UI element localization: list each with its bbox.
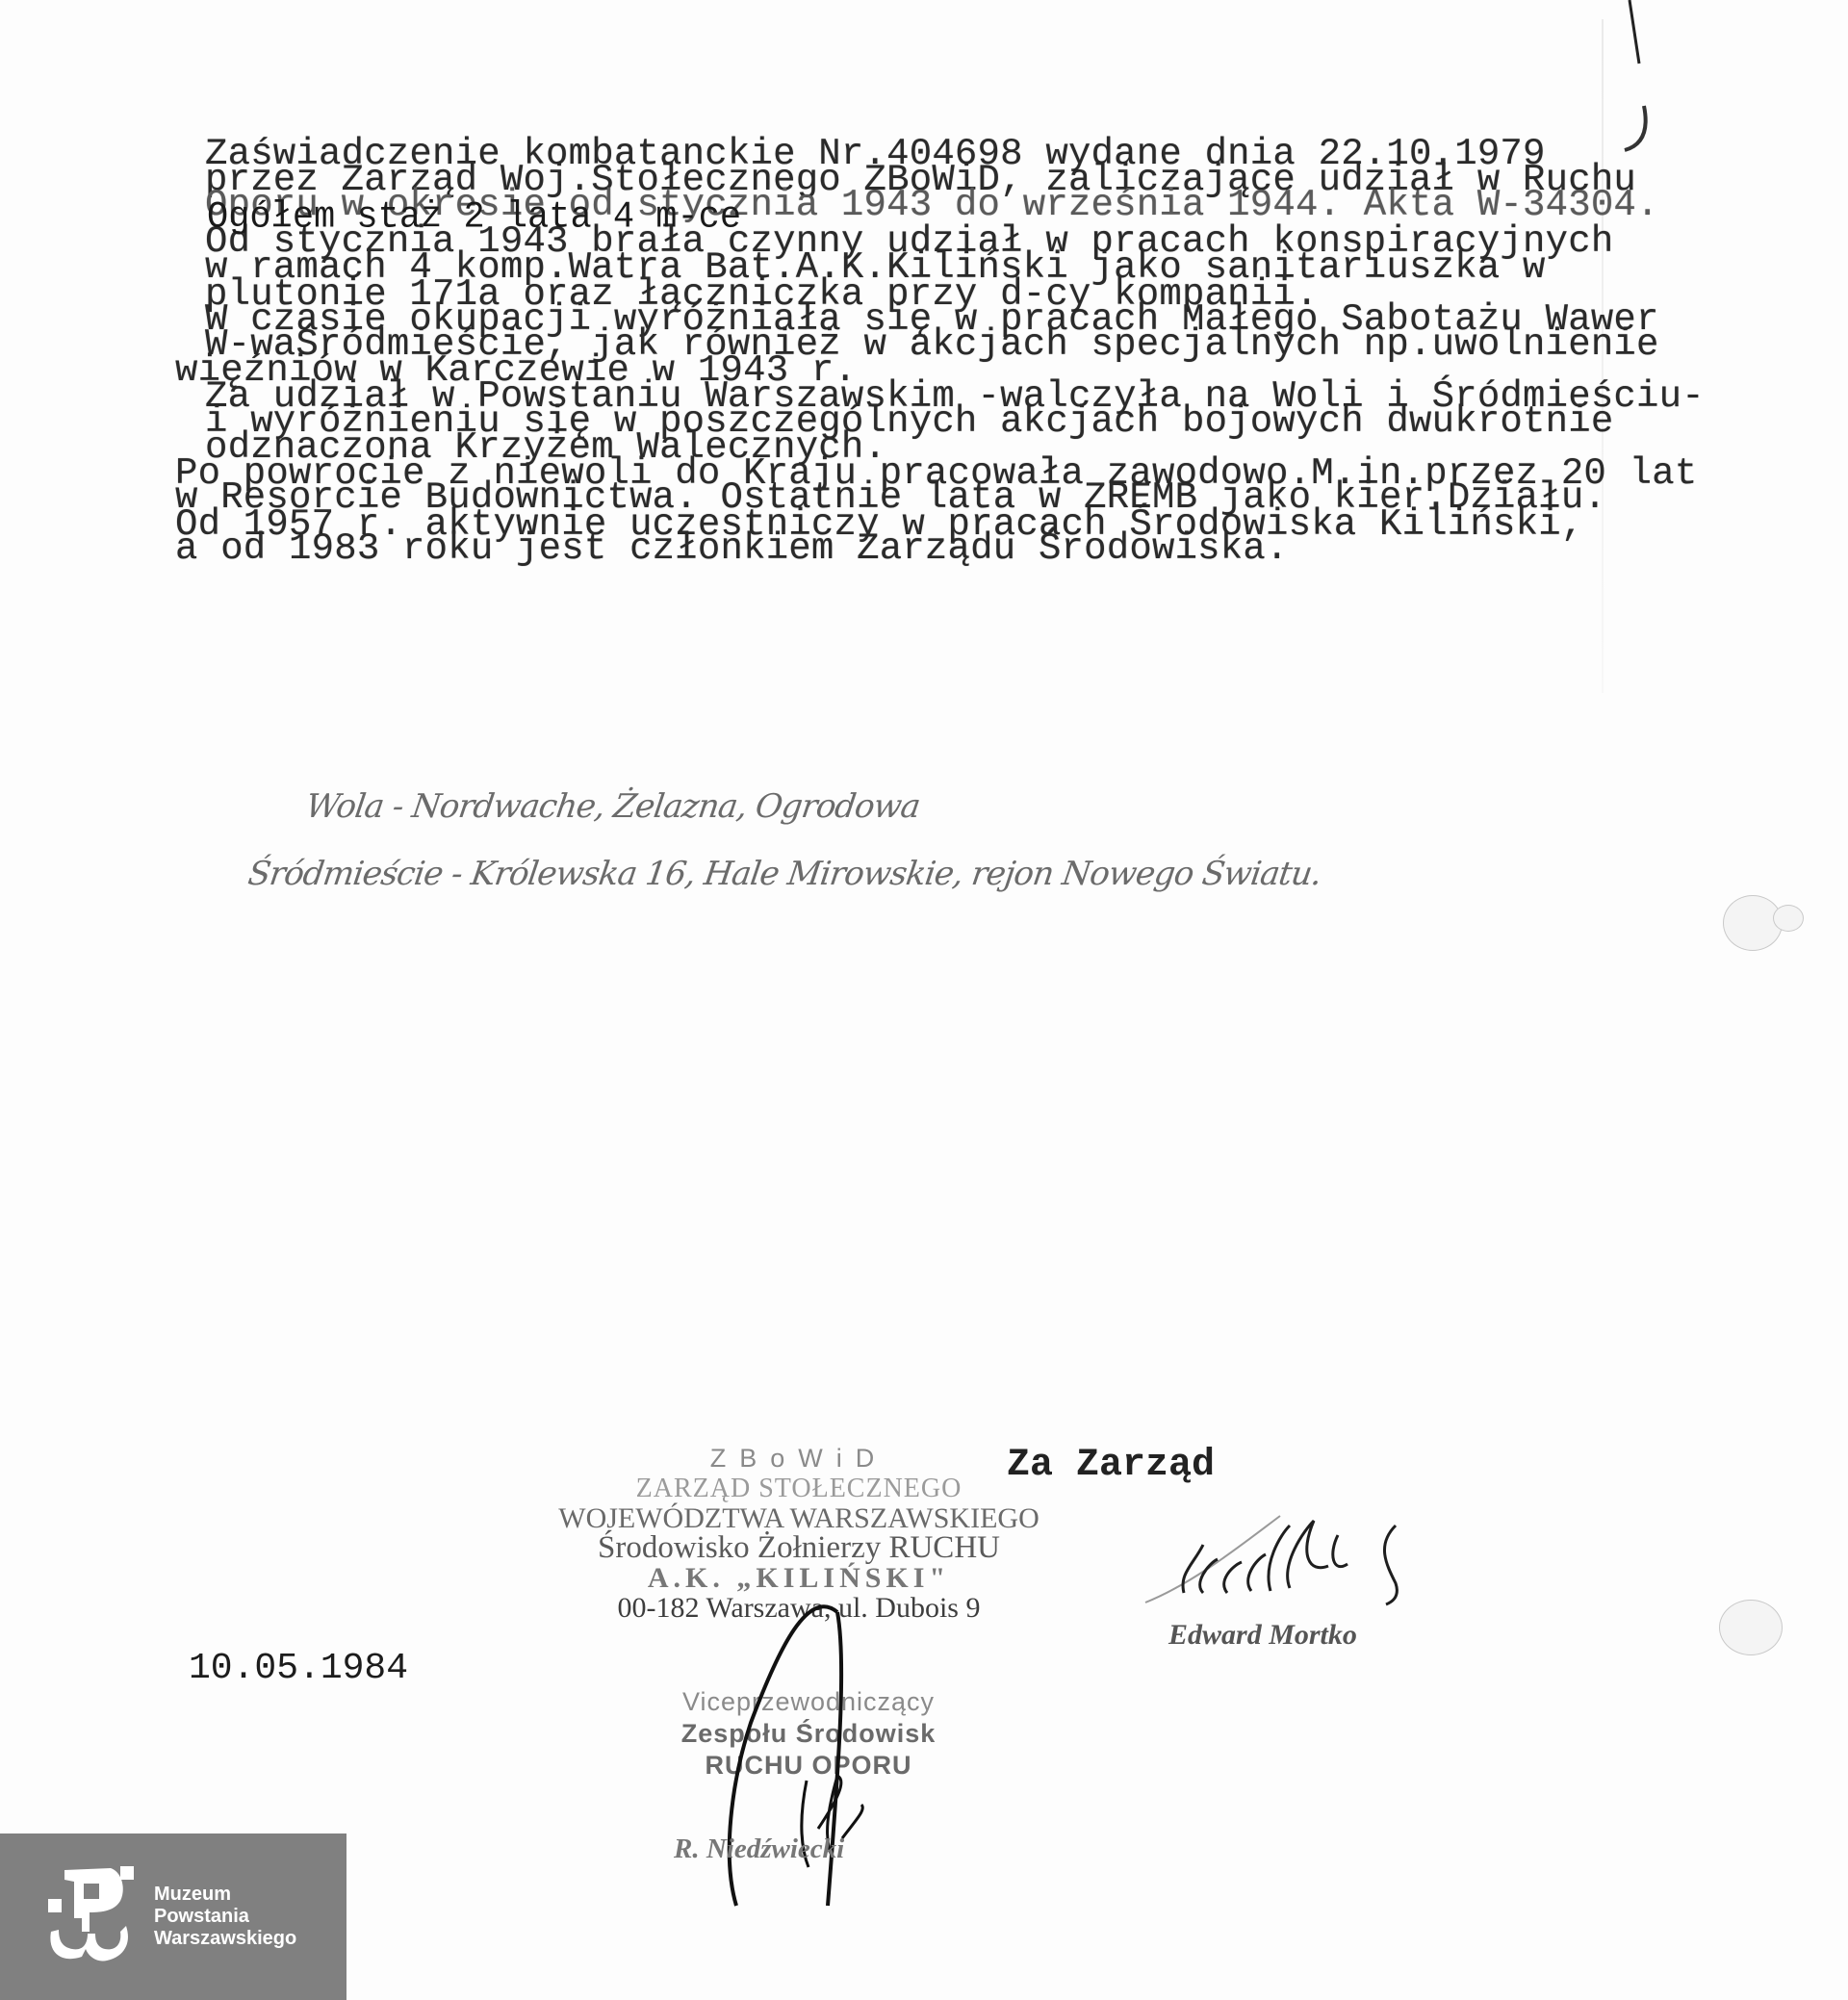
stamp-line: WOJEWÓDZTWA WARSZAWSKIEGO xyxy=(510,1503,1088,1533)
kotwica-anchor-icon xyxy=(43,1862,140,1963)
typed-body: Zaświadczenie kombatanckie Nr.404698 wyd… xyxy=(0,0,90,762)
handwritten-note: Śródmieście - Królewska 16, Hale Mirowsk… xyxy=(245,855,1323,893)
stamp-line: ZBoWiD xyxy=(510,1444,1088,1474)
overtyped-seniority-note: Ogółem staż 2 lata 4 m-ce xyxy=(207,202,741,233)
stamp-line: Środowisko Żołnierzy RUCHU xyxy=(510,1533,1088,1563)
document-date: 10.05.1984 xyxy=(189,1648,408,1689)
typed-line: a od 1983 roku jest członkiem Zarządu Śr… xyxy=(175,534,1289,563)
museum-name-line: Warszawskiego xyxy=(154,1928,296,1950)
handwritten-note: Wola - Nordwache, Żelazna, Ogrodowa xyxy=(303,787,922,826)
signature-niedzwiecki xyxy=(693,1588,885,1915)
signatory-name: Edward Mortko xyxy=(1168,1619,1357,1652)
punch-hole xyxy=(1719,1600,1783,1655)
stamp-line: ZARZĄD STOŁECZNEGO xyxy=(510,1474,1088,1503)
signature-mortko xyxy=(1136,1506,1482,1612)
for-board-label: Za Zarząd xyxy=(1007,1444,1215,1487)
museum-watermark: Muzeum Powstania Warszawskiego xyxy=(0,1833,346,2000)
museum-name-line: Powstania xyxy=(154,1906,296,1928)
museum-name: Muzeum Powstania Warszawskiego xyxy=(154,1884,296,1950)
scanned-document-page: Zaświadczenie kombatanckie Nr.404698 wyd… xyxy=(0,0,1848,2000)
museum-name-line: Muzeum xyxy=(154,1884,296,1906)
signatory-name: R. Niedźwiecki xyxy=(674,1833,844,1865)
punch-hole xyxy=(1773,905,1804,932)
margin-pen-marks xyxy=(1588,0,1704,164)
